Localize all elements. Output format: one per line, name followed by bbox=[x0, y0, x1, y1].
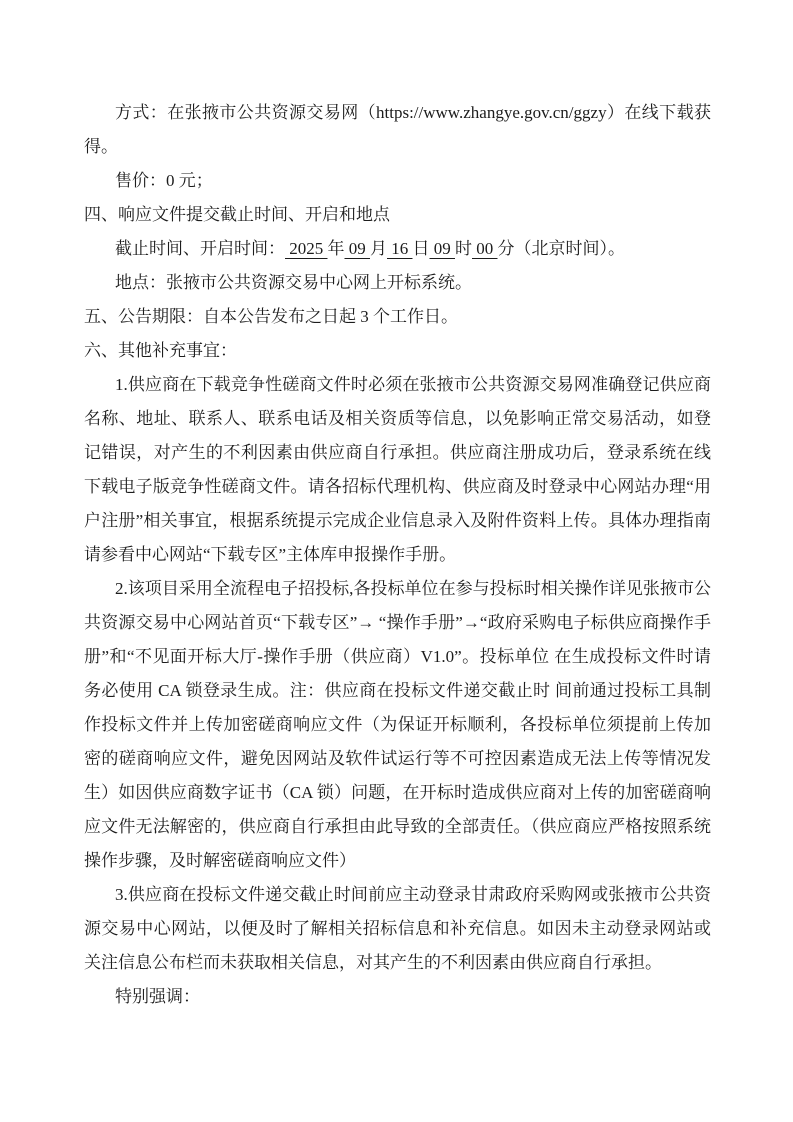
deadline-text-segment: 时 bbox=[455, 239, 472, 258]
deadline-text-segment: 日 bbox=[413, 239, 430, 258]
para-location: 地点：张掖市公共资源交易中心网上开标系统。 bbox=[84, 266, 711, 300]
para-download-method: 方式：在张掖市公共资源交易网（https://www.zhangye.gov.c… bbox=[84, 96, 711, 164]
document-page: 方式：在张掖市公共资源交易网（https://www.zhangye.gov.c… bbox=[0, 0, 793, 1122]
deadline-fill-in-value: 00 bbox=[472, 239, 498, 258]
deadline-fill-in-value: 09 bbox=[430, 239, 456, 258]
deadline-text-segment: 截止时间、开启时间： bbox=[115, 239, 285, 258]
deadline-text-segment: 分（北京时间）。 bbox=[498, 239, 626, 258]
para-note-2: 2.该项目采用全流程电子招投标,各投标单位在参与投标时相关操作详见张掖市公共资源… bbox=[84, 572, 711, 878]
deadline-fill-in-value: 2025 bbox=[285, 239, 328, 258]
deadline-text-segment: 月 bbox=[370, 239, 387, 258]
deadline-fill-in-value: 09 bbox=[345, 239, 371, 258]
deadline-text-segment: 年 bbox=[328, 239, 345, 258]
para-special-emphasis: 特别强调： bbox=[84, 980, 711, 1014]
para-price: 售价：0 元； bbox=[84, 164, 711, 198]
heading-section-5: 五、公告期限：自本公告发布之日起 3 个工作日。 bbox=[84, 300, 711, 334]
para-note-3: 3.供应商在投标文件递交截止时间前应主动登录甘肃政府采购网或张掖市公共资源交易中… bbox=[84, 878, 711, 980]
para-note-1: 1.供应商在下载竞争性磋商文件时必须在张掖市公共资源交易网准确登记供应商名称、地… bbox=[84, 368, 711, 572]
heading-section-4: 四、响应文件提交截止时间、开启和地点 bbox=[84, 198, 711, 232]
heading-section-6: 六、其他补充事宜： bbox=[84, 334, 711, 368]
deadline-fill-in-value: 16 bbox=[387, 239, 413, 258]
para-deadline-time: 截止时间、开启时间： 2025 年 09 月 16 日 09 时 00 分（北京… bbox=[84, 232, 711, 266]
